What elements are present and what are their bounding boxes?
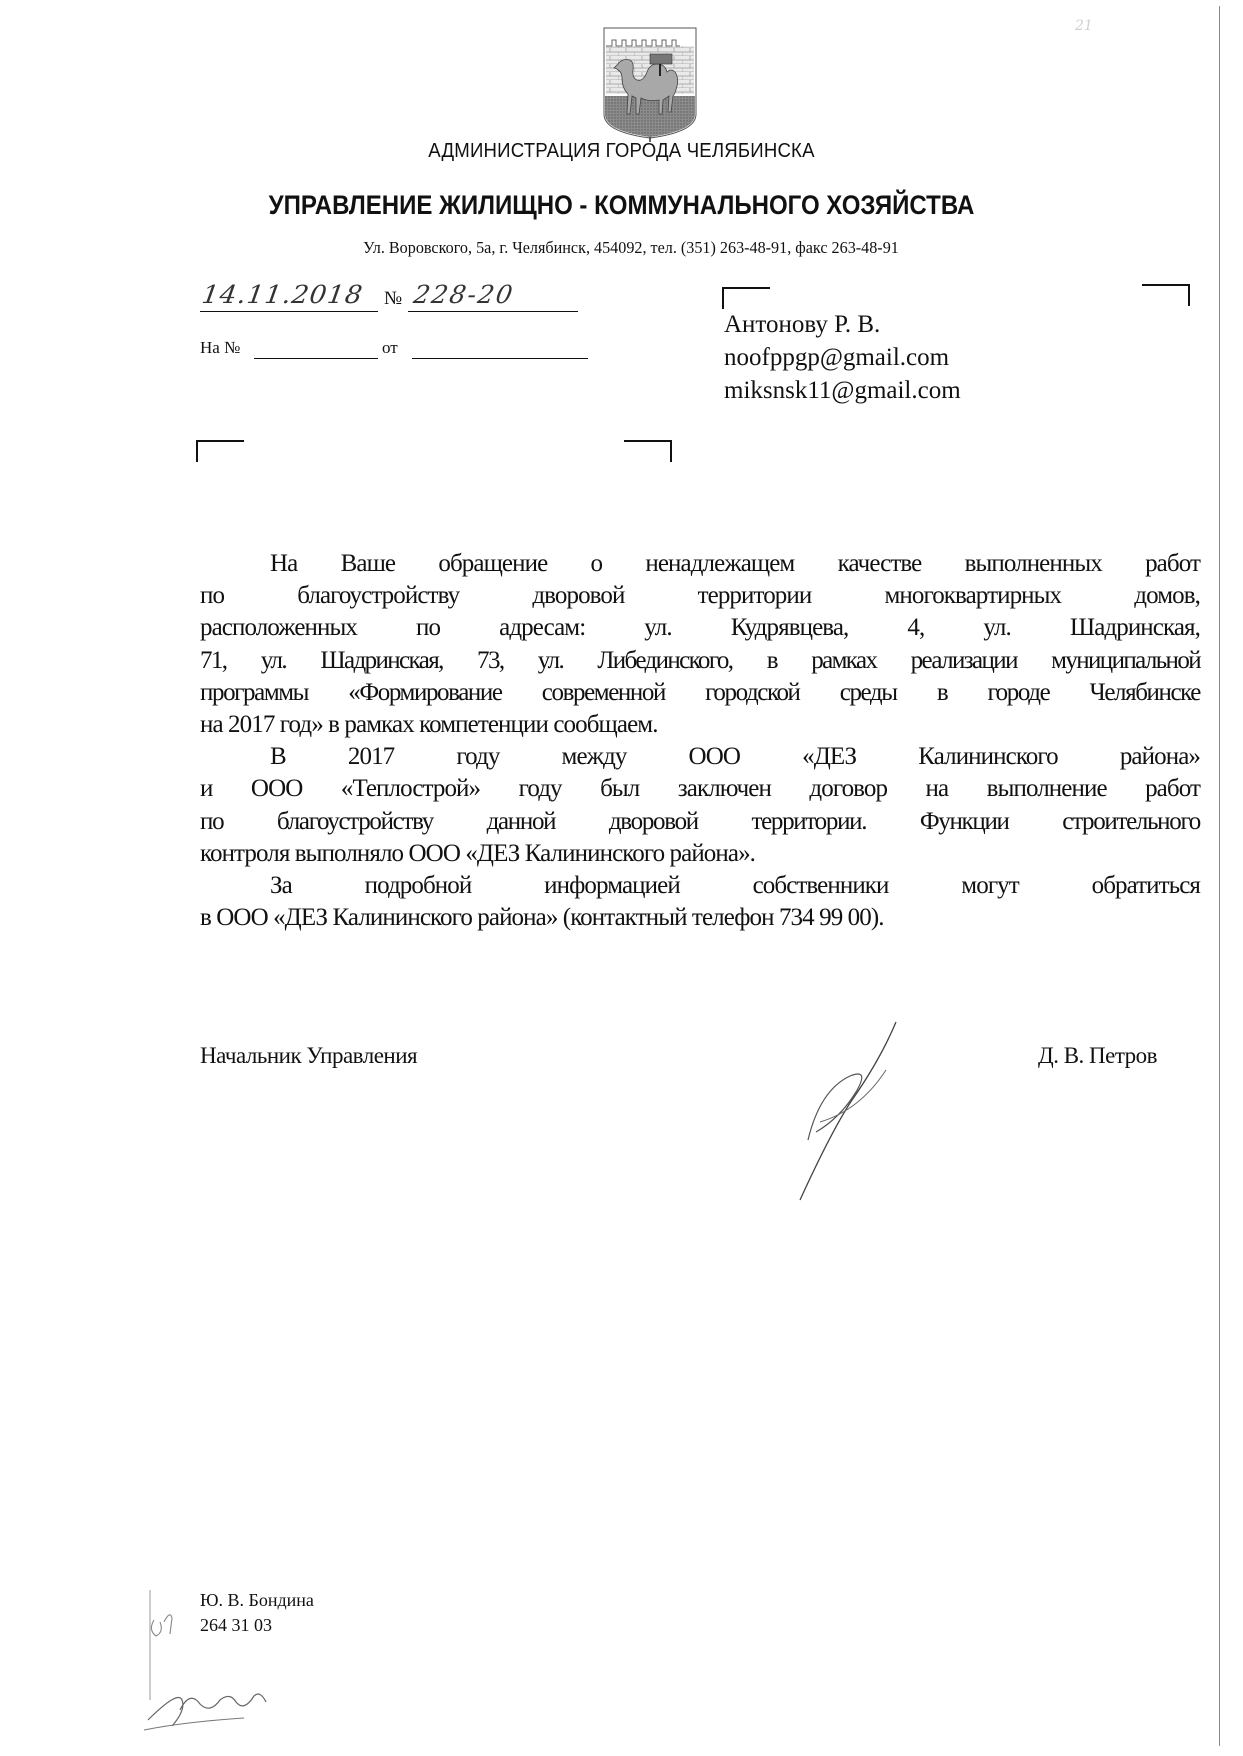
outgoing-number: 228-20 [411,280,516,309]
body-line: программы «Формирование современной горо… [200,677,1200,709]
signatory-name: Д. В. Петров [1038,1043,1157,1069]
body-line: в ООО «ДЕЗ Калининского района» (контакт… [200,902,1200,934]
body-line: по благоустройству дворовой территории м… [200,580,1200,612]
body-paragraph: На Ваше обращение о ненадлежащем качеств… [200,548,1200,741]
recipient-email: noofppgp@gmail.com [724,341,961,374]
reference-from-label: от [382,338,398,358]
outgoing-date: 14.11.2018 [200,280,365,309]
letter-page: 21 АДМИНИСТРАЦИЯ ГОРОДА ЧЕЛЯБИНСКА УПРАВ… [0,0,1243,1756]
body-line: За подробной информацией собственники мо… [200,870,1200,902]
department-address: Ул. Воровского, 5а, г. Челябинск, 454092… [31,238,1212,258]
handwritten-signature-icon [760,1020,920,1205]
recipient-bracket-left [722,287,770,309]
executor-block: Ю. В. Бондина 264 31 03 [200,1588,314,1638]
body-line: В 2017 году между ООО «ДЕЗ Калининского … [200,741,1200,773]
number-label: № [384,288,402,310]
recipient-name: Антонову Р. В. [724,308,961,341]
executor-phone: 264 31 03 [200,1613,314,1638]
scan-edge-line [1219,6,1220,1746]
body-line: и ООО «Теплострой» году был заключен дог… [200,773,1200,805]
recipient-block: Антонову Р. В. noofppgp@gmail.com miksns… [724,308,961,407]
body-paragraph: За подробной информацией собственники мо… [200,870,1200,934]
body-paragraph: В 2017 году между ООО «ДЕЗ Калининского … [200,741,1200,870]
registration-row: 14.11.2018 № 228-20 [200,280,580,314]
letter-body: На Ваше обращение о ненадлежащем качеств… [200,548,1200,934]
reference-row: На № от [200,338,600,362]
body-line: контроля выполняло ООО «ДЕЗ Калининского… [200,838,1200,870]
body-line: по благоустройству данной дворовой терри… [200,806,1200,838]
recipient-email: miksnsk11@gmail.com [724,374,961,407]
executor-name: Ю. В. Бондина [200,1588,314,1613]
date-underline [200,311,378,312]
body-line: 71, ул. Шадринская, 73, ул. Либединского… [200,645,1200,677]
handwritten-initials-icon [140,1560,340,1740]
reference-date-blank [412,358,588,359]
body-line: расположенных по адресам: ул. Кудрявцева… [200,612,1200,644]
body-line: На Ваше обращение о ненадлежащем качеств… [200,548,1200,580]
reference-number-blank [254,358,378,359]
number-underline [408,311,578,312]
reference-number-label: На № [200,338,240,358]
signatory-title: Начальник Управления [200,1043,417,1069]
body-line: на 2017 год» в рамках компетенции сообща… [200,709,1200,741]
recipient-bracket-right [1142,284,1190,306]
page-mark: 21 [1075,18,1093,34]
department-title: УПРАВЛЕНИЕ ЖИЛИЩНО - КОММУНАЛЬНОГО ХОЗЯЙ… [68,190,1174,221]
subject-bracket-right [624,440,672,462]
subject-bracket-left [196,440,244,462]
chelyabinsk-coat-of-arms-icon [602,24,698,142]
administration-title: АДМИНИСТРАЦИЯ ГОРОДА ЧЕЛЯБИНСКА [44,140,1200,163]
